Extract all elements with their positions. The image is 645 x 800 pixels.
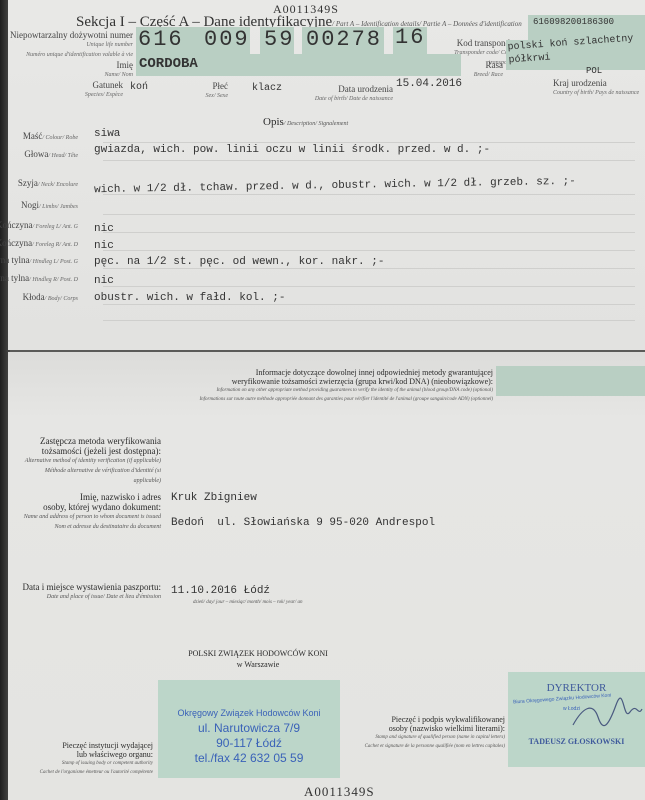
issue-label: Data i miejsce wystawienia paszportu: Da… — [8, 582, 161, 602]
description-row-value: pęc. na 1/2 st. pęc. od wewn., kor. nakr… — [94, 256, 384, 268]
ruled-line — [103, 250, 635, 251]
ruled-line — [103, 320, 635, 321]
ruled-line — [103, 268, 635, 269]
issuer-stamp-area: Okręgowy Związek Hodowców Koni ul. Narut… — [158, 680, 340, 778]
serial-number-bottom: A0011349S — [304, 784, 375, 800]
description-row-label: Maść/ Colour/ Robe — [0, 131, 78, 143]
ueln-part-1: 616 — [138, 27, 184, 52]
transponder-code: 616098200186300 — [533, 17, 614, 27]
description-row-label: Szyja/ Neck/ Encolure — [0, 178, 78, 190]
issue-date-format: dzień/ day/ jour – miesiąc/ month/ mois … — [193, 600, 303, 605]
breed-label: Rasa Breed/ Race — [463, 60, 503, 80]
description-row-label: Kończyna tylna/ Hindleg R/ Post. D — [0, 273, 78, 285]
horse-name: CORDOBA — [139, 56, 198, 72]
description-row-value: nic — [94, 223, 114, 235]
ruled-line — [103, 142, 635, 143]
signatory-label: Pieczęć i podpis wykwalifikowanej osoby … — [353, 715, 505, 751]
sex-label: Płeć Sex/ Sexe — [198, 81, 228, 101]
sex-value: klacz — [252, 83, 282, 94]
description-row-label: Kończyna/ Foreleg L/ Ant. G — [0, 220, 78, 232]
description-heading: Opis/ Description/ Signalement — [263, 116, 348, 128]
description-row-label: Nogi/ Limbs/ Jambes — [0, 200, 78, 212]
issuer-org-name: POLSKI ZWIĄZEK HODOWCÓW KONI — [158, 648, 358, 659]
issuer-org-city: w Warszawie — [158, 659, 358, 670]
ueln-part-4: 00278 — [306, 27, 382, 52]
ruled-line — [103, 232, 635, 233]
description-row-label: Kłoda/ Body/ Corps — [0, 292, 78, 304]
description-row-label: Kończyna tylna/ Hindleg L/ Post. G — [0, 255, 78, 267]
country-label: Kraj urodzenia Country of birth/ Pays de… — [553, 78, 643, 98]
dob-label: Data urodzenia Date of birth/ Date de na… — [313, 84, 393, 104]
species-label: Gatunek Species/ Espèce — [68, 80, 123, 100]
signatory-title: DYREKTOR — [508, 682, 645, 694]
signatory-name: TADEUSZ GŁOSKOWSKI — [508, 737, 645, 746]
ueln-part-2: 009 — [204, 27, 250, 52]
species-value: koń — [130, 82, 148, 93]
ruled-line — [103, 214, 635, 215]
ruled-line — [103, 286, 635, 287]
ueln-part-3: 59 — [264, 27, 294, 52]
passport-page-issuance: Informacje dotyczące dowolnej innej odpo… — [8, 352, 645, 800]
description-row-label: Kończyna/ Foreleg R/ Ant. D — [0, 238, 78, 250]
other-method-label: Informacje dotyczące dowolnej innej odpo… — [128, 368, 493, 404]
dob-value: 15.04.2016 — [396, 78, 462, 90]
ruled-line — [103, 304, 635, 305]
holder-address: Bedoń ul. Słowiańska 9 95-020 Andrespol — [171, 517, 435, 529]
description-row-label: Głowa/ Head/ Tête — [0, 149, 78, 161]
ueln-label: Niepowtarzalny dożywotni numer Unique li… — [8, 30, 133, 60]
issuer-stamp: Okręgowy Związek Hodowców Koni ul. Narut… — [158, 706, 340, 766]
ueln-part-5: 16 — [395, 25, 425, 50]
holder-name: Kruk Zbigniew — [171, 492, 257, 504]
signatory-stamp-area: DYREKTOR Biura Okręgowego Związku Hodowc… — [508, 672, 645, 767]
holder-label: Imię, nazwisko i adres osoby, której wyd… — [18, 492, 161, 532]
issuer-org: POLSKI ZWIĄZEK HODOWCÓW KONI w Warszawie — [158, 648, 358, 670]
country-of-birth: POL — [586, 66, 602, 76]
issue-date-place: 11.10.2016 Łódź — [171, 585, 270, 597]
alt-method-label: Zastępcza metoda weryfikowania tożsamośc… — [18, 436, 161, 486]
signature-icon — [568, 697, 643, 732]
description-row-value: gwiazda, wich. pow. linii oczu w linii ś… — [94, 144, 490, 156]
passport-page-identification: A0011349S Sekcja I – Część A – Dane iden… — [8, 0, 645, 350]
name-label: Imię Name/ Nom — [68, 60, 133, 80]
other-method-field — [496, 366, 645, 396]
description-row-value: obustr. wich. w fałd. kol. ;- — [94, 292, 285, 304]
ruled-line — [103, 160, 635, 161]
description-row-value: siwa — [94, 128, 120, 140]
ruled-line — [103, 194, 635, 195]
issuer-stamp-label: Pieczęć instytucji wydającej lub właściw… — [8, 741, 153, 777]
